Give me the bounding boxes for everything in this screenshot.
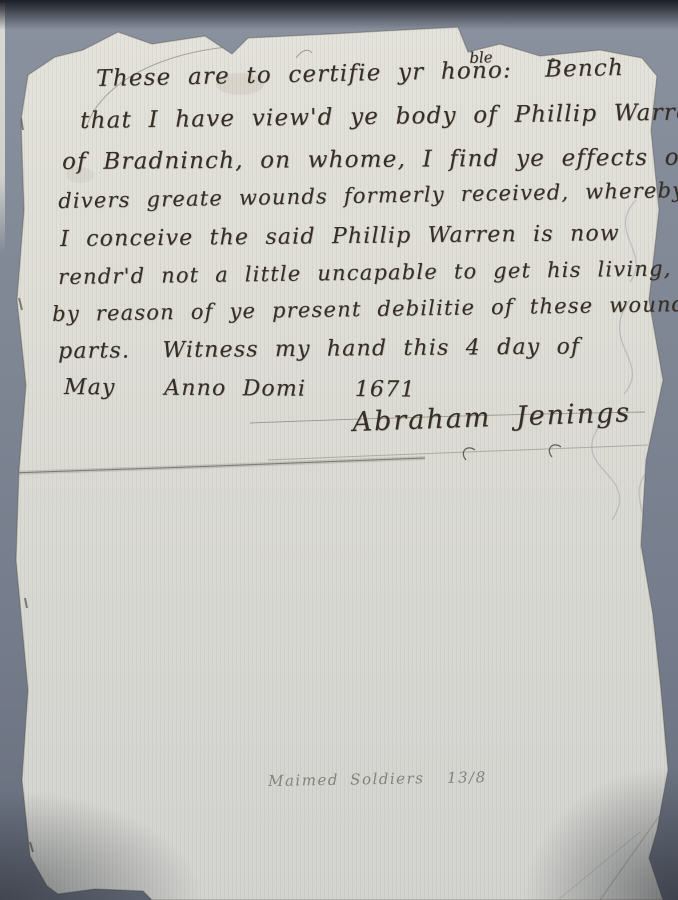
archival-annotation: Maimed Soldiers 13/8 — [268, 768, 487, 790]
manuscript-line: These are to certifie yr hono: Bench — [96, 55, 624, 92]
scan-shadow-top — [0, 0, 678, 30]
manuscript-line: divers greate wounds formerly received, … — [58, 178, 678, 213]
scan-shadow-bottom-right — [518, 760, 678, 900]
manuscript-line: May Anno Domi 1671 — [64, 375, 416, 402]
manuscript-line: by reason of ye present debilitie of the… — [52, 292, 678, 326]
manuscript-line: rendr'd not a little uncapable to get hi… — [58, 256, 672, 289]
photographed-manuscript: ble These are to certifie yr hono: Bench… — [0, 0, 678, 900]
scan-shadow-bottom-left — [0, 780, 220, 900]
manuscript-line: of Bradninch, on whome, I find ye effect… — [62, 145, 678, 175]
signature: Abraham Jenings — [352, 397, 632, 438]
manuscript-line: that I have view'd ye body of Phillip Wa… — [80, 99, 678, 134]
manuscript-line: parts. Witness my hand this 4 day of — [58, 334, 580, 364]
manuscript-line: I conceive the said Phillip Warren is no… — [60, 221, 620, 252]
